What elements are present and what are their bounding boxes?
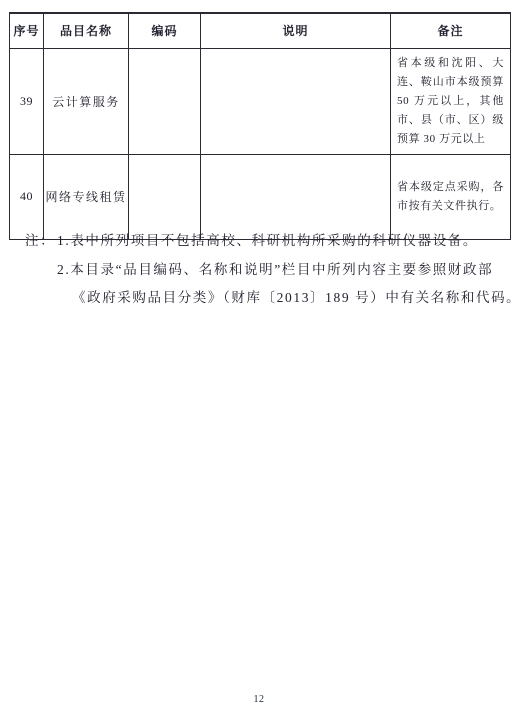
table-row: 39 云计算服务 省本级和沈阳、大连、鞍山市本级预算 50 万元以上，其他市、县…: [10, 48, 511, 154]
document-page: 序号 品目名称 编码 说明 备注 39 云计算服务 省本级和沈阳、大连、鞍山市本…: [0, 0, 518, 720]
table-header-row: 序号 品目名称 编码 说明 备注: [10, 13, 511, 48]
footnotes-body: 1.表中所列项目不包括高校、科研机构所采购的科研仪器设备。 2.本目录“品目编码…: [57, 227, 518, 313]
header-cell-item-name: 品目名称: [44, 13, 129, 48]
header-cell-code: 编码: [129, 13, 201, 48]
header-cell-seq: 序号: [10, 13, 44, 48]
cell-remark: 省本级和沈阳、大连、鞍山市本级预算 50 万元以上，其他市、县（市、区）级预算 …: [391, 48, 511, 154]
cell-item-name: 云计算服务: [44, 48, 129, 154]
footnote-line-3: 《政府采购品目分类》（财库〔2013〕189 号）中有关名称和代码。: [57, 284, 518, 313]
cell-seq: 39: [10, 48, 44, 154]
footnotes: 注： 1.表中所列项目不包括高校、科研机构所采购的科研仪器设备。 2.本目录“品…: [25, 227, 495, 313]
cell-code: [129, 48, 201, 154]
header-cell-remark: 备注: [391, 13, 511, 48]
procurement-items-table: 序号 品目名称 编码 说明 备注 39 云计算服务 省本级和沈阳、大连、鞍山市本…: [9, 12, 511, 240]
footnotes-label: 注：: [25, 227, 57, 313]
header-cell-description: 说明: [201, 13, 391, 48]
footnote-line-2: 2.本目录“品目编码、名称和说明”栏目中所列内容主要参照财政部: [57, 256, 518, 285]
page-number: 12: [0, 694, 518, 705]
footnote-line-1: 1.表中所列项目不包括高校、科研机构所采购的科研仪器设备。: [57, 227, 518, 256]
cell-description: [201, 48, 391, 154]
